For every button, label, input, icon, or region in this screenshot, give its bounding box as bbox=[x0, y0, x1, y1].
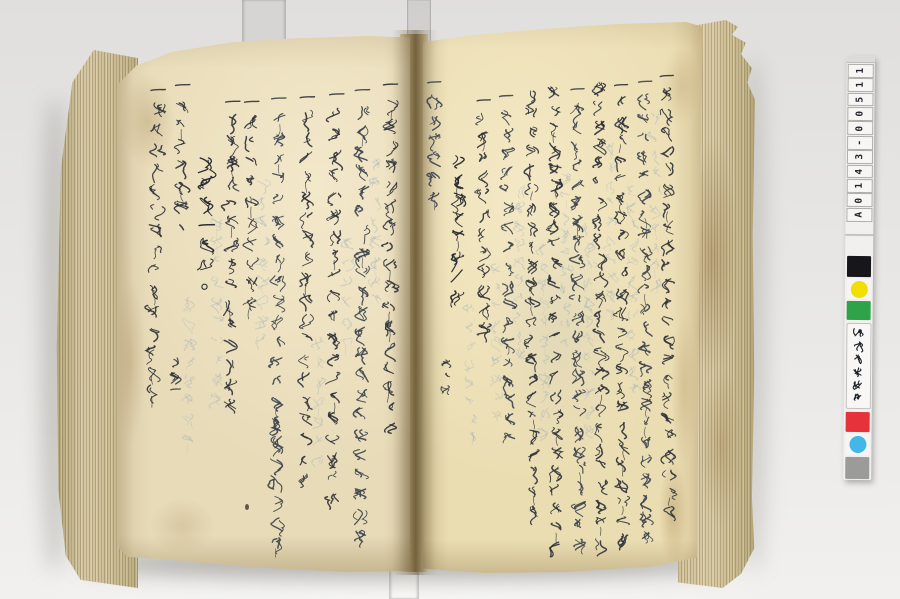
reference-code-char: 1 bbox=[856, 68, 866, 74]
reference-code-tile: 3 bbox=[847, 150, 873, 164]
reference-code-char: - bbox=[855, 140, 865, 146]
ink-bleed-through bbox=[483, 202, 633, 462]
reference-code-char: 1 bbox=[856, 82, 866, 88]
institution-label bbox=[845, 323, 871, 409]
color-patch-green bbox=[847, 301, 871, 320]
reference-code-char: 0 bbox=[855, 197, 865, 203]
paper-stain bbox=[121, 74, 175, 169]
reference-code-tile: 5 bbox=[847, 93, 873, 107]
paper-stain bbox=[659, 458, 687, 568]
reference-code-char: 1 bbox=[855, 183, 865, 189]
reference-code-tile: 1 bbox=[848, 78, 874, 92]
color-patch-gray bbox=[845, 456, 869, 479]
color-patch-cyan-panel bbox=[845, 434, 869, 455]
paper-stain bbox=[671, 312, 697, 462]
reference-code-char: A bbox=[855, 212, 865, 218]
reference-code-char: 3 bbox=[855, 154, 865, 160]
reference-code-tile: 4 bbox=[847, 164, 873, 178]
reference-code-char: 4 bbox=[855, 169, 865, 175]
paper-stain bbox=[149, 498, 215, 554]
paper-stain bbox=[115, 276, 145, 446]
reference-code: 11500-3410A bbox=[845, 63, 874, 223]
reference-code-tile: 0 bbox=[847, 107, 873, 121]
color-patch-black bbox=[847, 256, 871, 277]
reference-code-char: 0 bbox=[856, 111, 866, 117]
color-patch-red bbox=[846, 411, 870, 432]
ink-speck bbox=[245, 504, 249, 510]
left-page bbox=[119, 36, 410, 573]
institution-label-text bbox=[848, 325, 869, 407]
color-patch-yellow-panel bbox=[847, 279, 871, 300]
reference-code-tile: 1 bbox=[847, 179, 873, 193]
reference-code-tile: - bbox=[847, 136, 873, 150]
color-patch-cyan bbox=[849, 436, 866, 453]
reference-code-tile: 1 bbox=[848, 64, 874, 78]
reference-code-tile: 0 bbox=[847, 121, 873, 135]
reference-code-tile: 0 bbox=[847, 193, 873, 207]
color-patch-yellow bbox=[850, 280, 867, 297]
reference-code-char: 5 bbox=[856, 97, 866, 103]
reference-scale-bar: 11500-3410A bbox=[843, 56, 875, 480]
right-page bbox=[423, 22, 703, 573]
scale-bar-joint bbox=[845, 222, 873, 255]
reference-code-char: 0 bbox=[855, 125, 865, 131]
archival-photo: 11500-3410A bbox=[0, 0, 900, 599]
paper-stain bbox=[661, 46, 701, 126]
reference-code-tile: A bbox=[846, 208, 872, 222]
